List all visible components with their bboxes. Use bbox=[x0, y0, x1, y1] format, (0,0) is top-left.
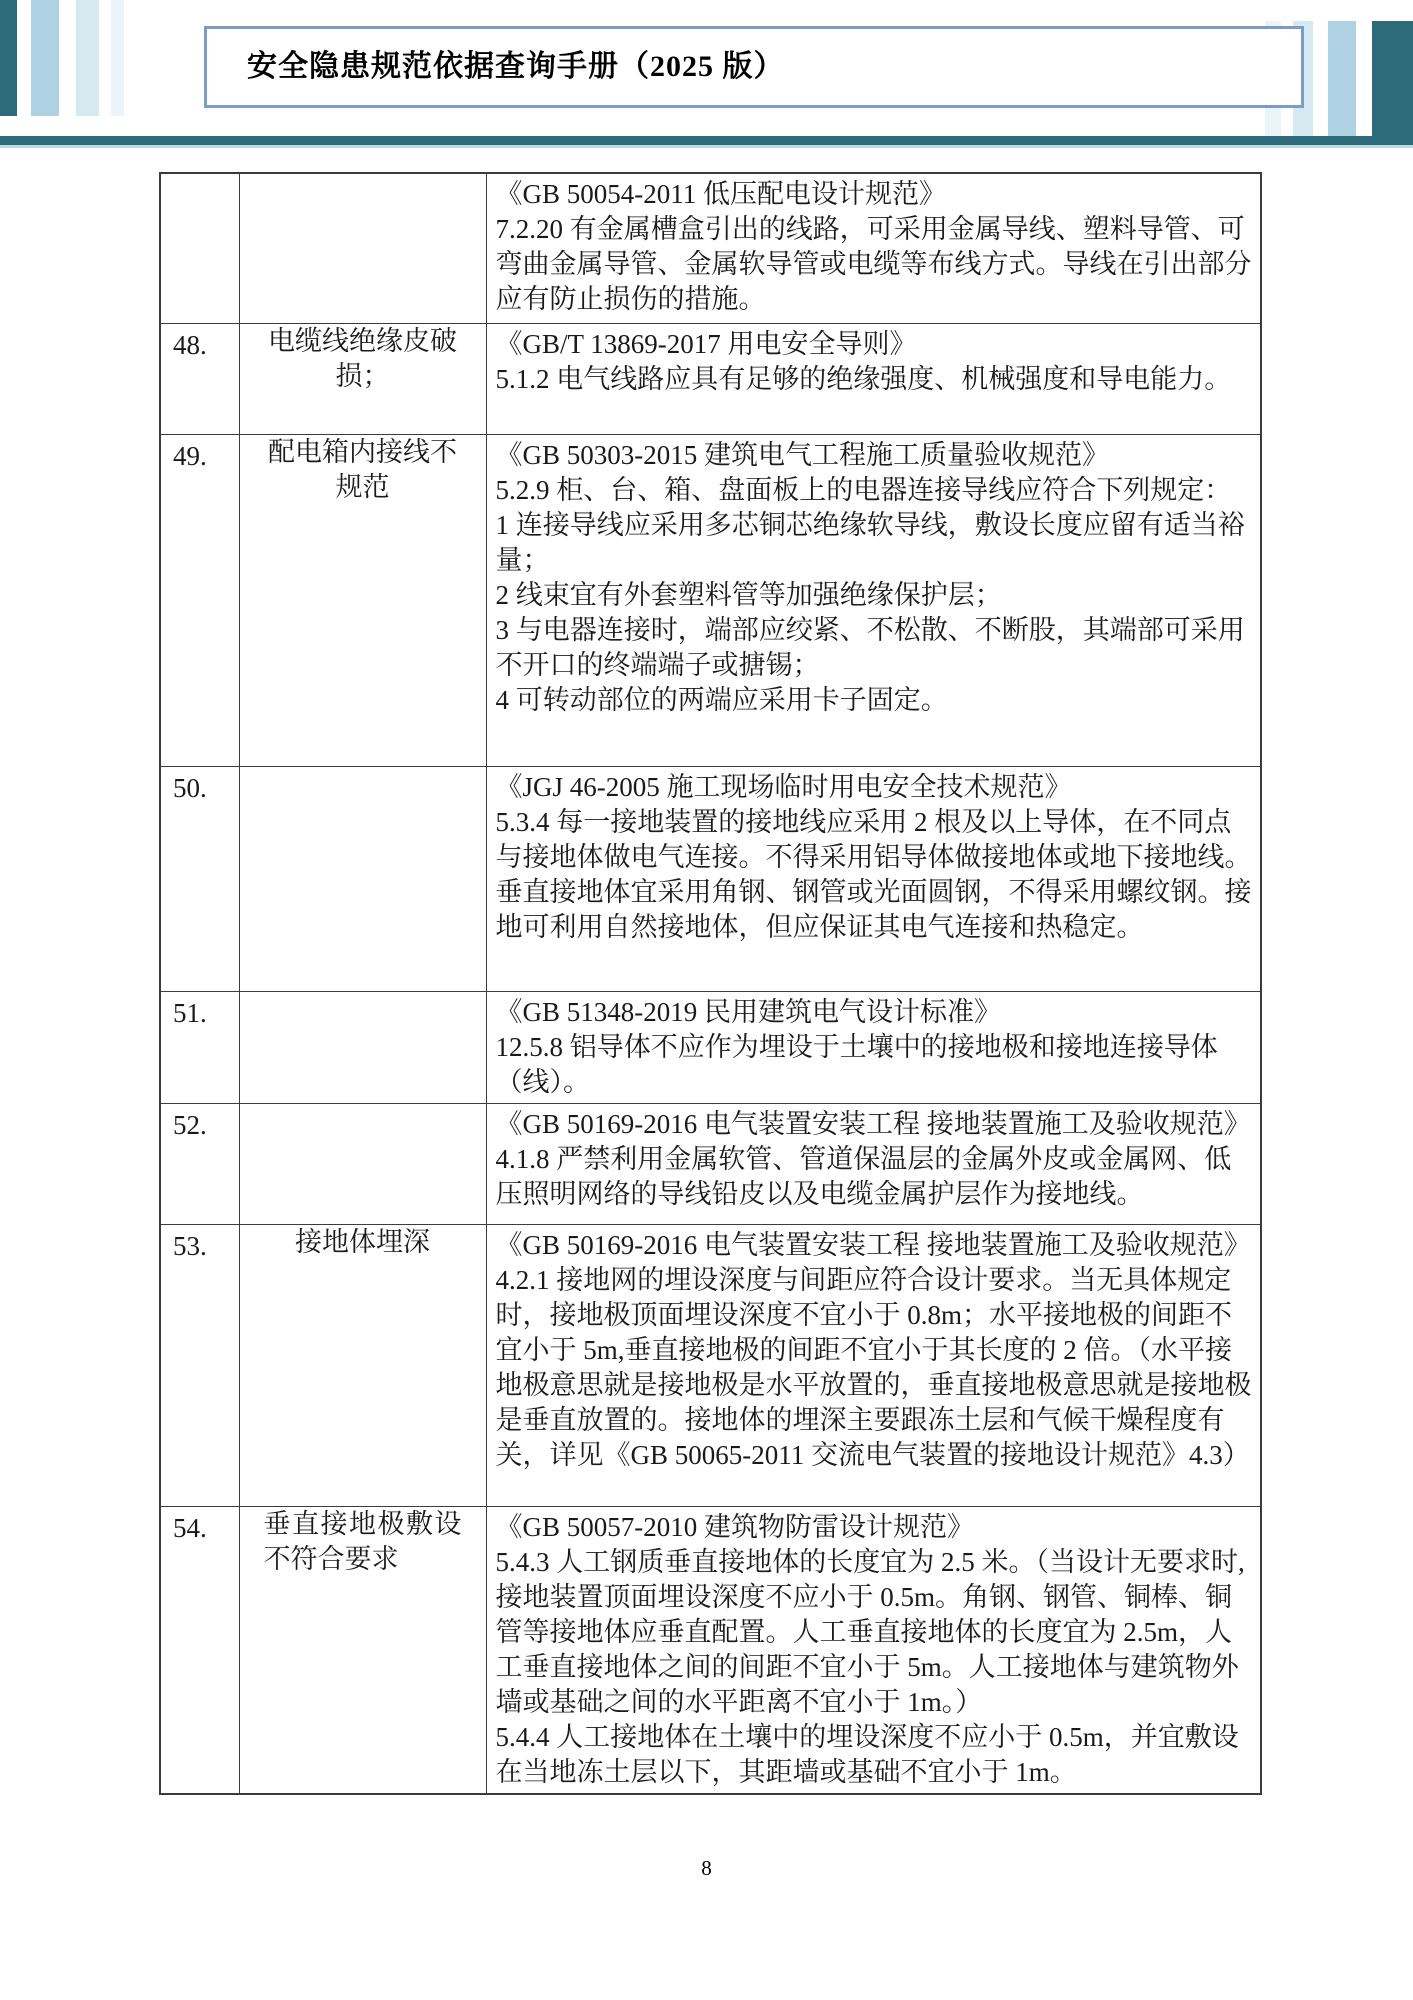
regulation-paragraph: 4 可转动部位的两端应采用卡子固定。 bbox=[496, 683, 1253, 718]
decor-bar-medium-left bbox=[31, 0, 59, 116]
decor-bar-light-left bbox=[76, 0, 99, 116]
row-number-cell: 53. bbox=[160, 1224, 239, 1506]
table-row: 54.垂直接地极敷设不符合要求《GB 50057-2010 建筑物防雷设计规范》… bbox=[160, 1506, 1261, 1794]
decor-bar-medium-right bbox=[1328, 21, 1356, 137]
table-row: 52.《GB 50169-2016 电气装置安装工程 接地装置施工及验收规范》4… bbox=[160, 1103, 1261, 1224]
header-rule-teal bbox=[0, 136, 1413, 145]
regulation-paragraph: 4.1.8 严禁利用金属软管、管道保温层的金属外皮或金属网、低压照明网络的导线铅… bbox=[496, 1142, 1253, 1212]
hazard-label-cell: 接地体埋深 bbox=[239, 1224, 486, 1506]
hazard-label-cell bbox=[239, 766, 486, 991]
table-row: 《GB 50054-2011 低压配电设计规范》7.2.20 有金属槽盒引出的线… bbox=[160, 173, 1261, 323]
hazard-label-cell bbox=[239, 991, 486, 1103]
document-page: 安全隐患规范依据查询手册（2025 版） 《GB 50054-2011 低压配电… bbox=[0, 0, 1413, 2000]
decor-bar-dark-left bbox=[0, 0, 17, 116]
regulation-paragraph: 5.2.9 柜、台、箱、盘面板上的电器连接导线应符合下列规定： bbox=[496, 473, 1253, 508]
table-row: 49.配电箱内接线不规范《GB 50303-2015 建筑电气工程施工质量验收规… bbox=[160, 434, 1261, 766]
hazard-label-cell: 电缆线绝缘皮破损； bbox=[239, 323, 486, 434]
regulation-paragraph: 5.4.3 人工钢质垂直接地体的长度宜为 2.5 米。（当设计无要求时,接地装置… bbox=[496, 1545, 1253, 1720]
row-number-cell bbox=[160, 173, 239, 323]
table-body: 《GB 50054-2011 低压配电设计规范》7.2.20 有金属槽盒引出的线… bbox=[160, 173, 1261, 1794]
row-number-cell: 51. bbox=[160, 991, 239, 1103]
hazard-label-cell: 垂直接地极敷设不符合要求 bbox=[239, 1506, 486, 1794]
regulation-paragraph: 5.1.2 电气线路应具有足够的绝缘强度、机械强度和导电能力。 bbox=[496, 362, 1253, 397]
regulation-text-cell: 《GB 50169-2016 电气装置安装工程 接地装置施工及验收规范》4.2.… bbox=[486, 1224, 1261, 1506]
regulation-paragraph: 《GB 50057-2010 建筑物防雷设计规范》 bbox=[496, 1510, 1253, 1545]
regulation-paragraph: 《GB/T 13869-2017 用电安全导则》 bbox=[496, 327, 1253, 362]
row-number-cell: 50. bbox=[160, 766, 239, 991]
regulation-text-cell: 《GB 50057-2010 建筑物防雷设计规范》5.4.3 人工钢质垂直接地体… bbox=[486, 1506, 1261, 1794]
regulation-paragraph: 4.2.1 接地网的埋设深度与间距应符合设计要求。当无具体规定时，接地极顶面埋设… bbox=[496, 1263, 1253, 1473]
regulation-text-cell: 《JGJ 46-2005 施工现场临时用电安全技术规范》5.3.4 每一接地装置… bbox=[486, 766, 1261, 991]
regulation-text-cell: 《GB/T 13869-2017 用电安全导则》5.1.2 电气线路应具有足够的… bbox=[486, 323, 1261, 434]
hazard-label-cell: 配电箱内接线不规范 bbox=[239, 434, 486, 766]
regulation-paragraph: 12.5.8 铝导体不应作为埋设于土壤中的接地极和接地连接导体（线）。 bbox=[496, 1030, 1253, 1100]
regulation-text-cell: 《GB 51348-2019 民用建筑电气设计标准》12.5.8 铝导体不应作为… bbox=[486, 991, 1261, 1103]
table-row: 51.《GB 51348-2019 民用建筑电气设计标准》12.5.8 铝导体不… bbox=[160, 991, 1261, 1103]
regulation-paragraph: 《GB 50303-2015 建筑电气工程施工质量验收规范》 bbox=[496, 438, 1253, 473]
decor-bar-dark-right bbox=[1372, 21, 1413, 147]
regulation-paragraph: 1 连接导线应采用多芯铜芯绝缘软导线，敷设长度应留有适当裕量； bbox=[496, 508, 1253, 578]
page-number: 8 bbox=[0, 1856, 1413, 1881]
header-rule-blue bbox=[0, 145, 1413, 148]
header-title-box: 安全隐患规范依据查询手册（2025 版） bbox=[204, 26, 1304, 108]
regulation-paragraph: 《GB 50169-2016 电气装置安装工程 接地装置施工及验收规范》 bbox=[496, 1107, 1253, 1142]
hazard-label-cell bbox=[239, 1103, 486, 1224]
regulation-text-cell: 《GB 50169-2016 电气装置安装工程 接地装置施工及验收规范》4.1.… bbox=[486, 1103, 1261, 1224]
table-row: 53.接地体埋深《GB 50169-2016 电气装置安装工程 接地装置施工及验… bbox=[160, 1224, 1261, 1506]
regulation-table: 《GB 50054-2011 低压配电设计规范》7.2.20 有金属槽盒引出的线… bbox=[159, 172, 1262, 1795]
regulation-paragraph: 2 线束宜有外套塑料管等加强绝缘保护层； bbox=[496, 578, 1253, 613]
decor-bar-faint-left bbox=[111, 0, 124, 116]
row-number-cell: 52. bbox=[160, 1103, 239, 1224]
regulation-paragraph: 《JGJ 46-2005 施工现场临时用电安全技术规范》 bbox=[496, 770, 1253, 805]
regulation-paragraph: 《GB 50054-2011 低压配电设计规范》 bbox=[496, 177, 1253, 212]
regulation-paragraph: 3 与电器连接时，端部应绞紧、不松散、不断股，其端部可采用不开口的终端端子或搪锡… bbox=[496, 613, 1253, 683]
row-number-cell: 48. bbox=[160, 323, 239, 434]
row-number-cell: 49. bbox=[160, 434, 239, 766]
regulation-text-cell: 《GB 50303-2015 建筑电气工程施工质量验收规范》5.2.9 柜、台、… bbox=[486, 434, 1261, 766]
table-row: 48.电缆线绝缘皮破损；《GB/T 13869-2017 用电安全导则》5.1.… bbox=[160, 323, 1261, 434]
page-title: 安全隐患规范依据查询手册（2025 版） bbox=[207, 29, 1301, 105]
regulation-text-cell: 《GB 50054-2011 低压配电设计规范》7.2.20 有金属槽盒引出的线… bbox=[486, 173, 1261, 323]
regulation-paragraph: 5.3.4 每一接地装置的接地线应采用 2 根及以上导体，在不同点与接地体做电气… bbox=[496, 805, 1253, 945]
regulation-paragraph: 《GB 51348-2019 民用建筑电气设计标准》 bbox=[496, 995, 1253, 1030]
hazard-label-cell bbox=[239, 173, 486, 323]
row-number-cell: 54. bbox=[160, 1506, 239, 1794]
table-row: 50.《JGJ 46-2005 施工现场临时用电安全技术规范》5.3.4 每一接… bbox=[160, 766, 1261, 991]
regulation-paragraph: 5.4.4 人工接地体在土壤中的埋设深度不应小于 0.5m，并宜敷设在当地冻土层… bbox=[496, 1720, 1253, 1790]
regulation-paragraph: 7.2.20 有金属槽盒引出的线路，可采用金属导线、塑料导管、可弯曲金属导管、金… bbox=[496, 212, 1253, 317]
regulation-paragraph: 《GB 50169-2016 电气装置安装工程 接地装置施工及验收规范》 bbox=[496, 1228, 1253, 1263]
